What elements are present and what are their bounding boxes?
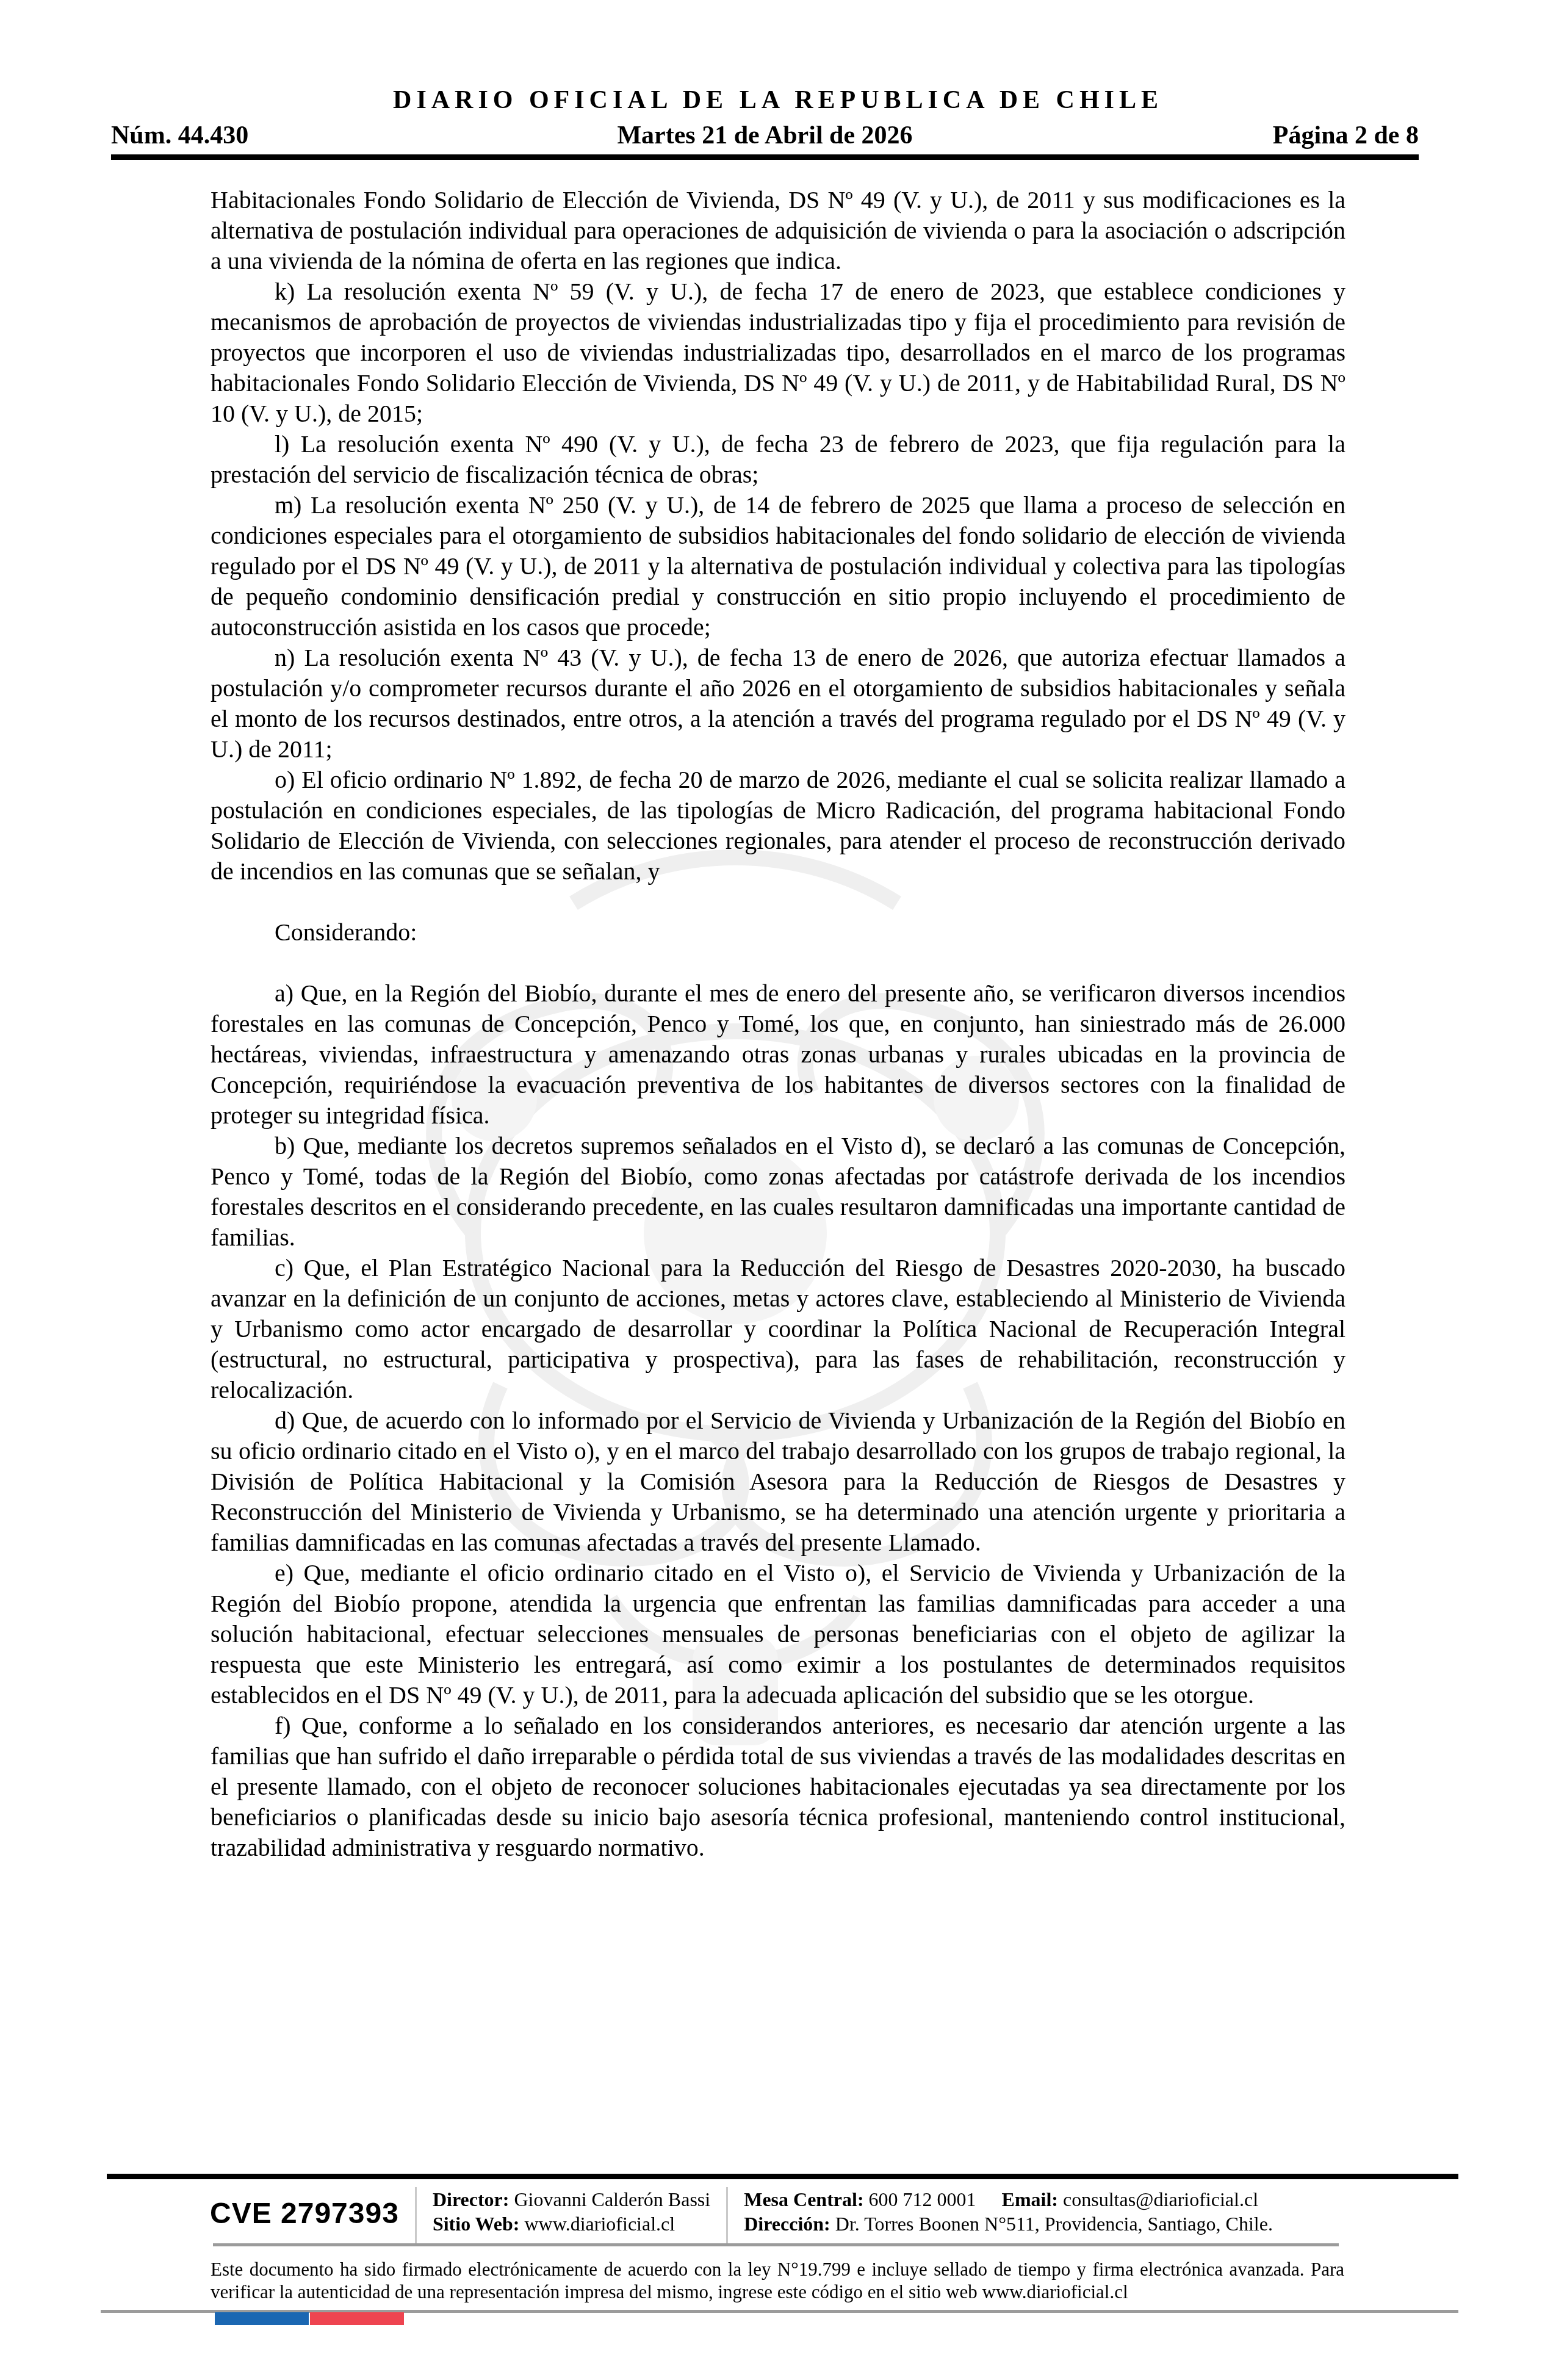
footer-top-rule (107, 2174, 1458, 2179)
sitio-web-line: Sitio Web: www.diarioficial.cl (433, 2212, 710, 2236)
director-value: Giovanni Calderón Bassi (514, 2188, 710, 2210)
email-label: Email: (1002, 2188, 1058, 2210)
paragraph-considerando-a: a) Que, en la Región del Biobío, durante… (211, 978, 1345, 1131)
paragraph-visto-n: n) La resolución exenta Nº 43 (V. y U.),… (211, 643, 1345, 765)
footer-divider (726, 2187, 728, 2243)
paragraph-considerando-e: e) Que, mediante el oficio ordinario cit… (211, 1558, 1345, 1711)
sitio-web-value: www.diarioficial.cl (524, 2213, 675, 2235)
direccion-value: Dr. Torres Boonen N°511, Providencia, Sa… (835, 2213, 1273, 2235)
footer-divider (415, 2187, 417, 2243)
mesa-central-label: Mesa Central: (744, 2188, 863, 2210)
email-value: consultas@diarioficial.cl (1063, 2188, 1258, 2210)
header-meta-row: Núm. 44.430 Martes 21 de Abril de 2026 P… (111, 121, 1419, 150)
direccion-label: Dirección: (744, 2213, 830, 2235)
paragraph-considerando-f: f) Que, conforme a lo señalado en los co… (211, 1711, 1345, 1863)
direccion-line: Dirección: Dr. Torres Boonen N°511, Prov… (744, 2212, 1273, 2236)
mesa-central-line: Mesa Central: 600 712 0001 Email: consul… (744, 2187, 1273, 2212)
paragraph-continuation: Habitacionales Fondo Solidario de Elecci… (211, 185, 1345, 276)
sitio-web-label: Sitio Web: (433, 2213, 520, 2235)
mesa-central-value: 600 712 0001 (869, 2188, 976, 2210)
footer-info-bar: CVE 2797393 Director: Giovanni Calderón … (210, 2187, 1273, 2243)
cve-code: CVE 2797393 (210, 2197, 399, 2230)
edition-date: Martes 21 de Abril de 2026 (111, 121, 1419, 150)
director-line: Director: Giovanni Calderón Bassi (433, 2187, 710, 2212)
paragraph-visto-k: k) La resolución exenta Nº 59 (V. y U.),… (211, 276, 1345, 429)
signature-disclaimer: Este documento ha sido firmado electróni… (211, 2258, 1344, 2303)
flag-blue-block (215, 2312, 309, 2325)
chile-flag-mark (215, 2312, 404, 2325)
paragraph-visto-l: l) La resolución exenta Nº 490 (V. y U.)… (211, 429, 1345, 490)
paragraph-considerando-b: b) Que, mediante los decretos supremos s… (211, 1131, 1345, 1253)
footer-middle-rule (213, 2243, 1339, 2246)
document-body: Habitacionales Fondo Solidario de Elecci… (211, 185, 1345, 1863)
document-page: DIARIO OFICIAL DE LA REPUBLICA DE CHILE … (0, 0, 1556, 2380)
paragraph-considerando-c: c) Que, el Plan Estratégico Nacional par… (211, 1253, 1345, 1405)
paragraph-visto-m: m) La resolución exenta Nº 250 (V. y U.)… (211, 490, 1345, 643)
footer-director-column: Director: Giovanni Calderón Bassi Sitio … (433, 2187, 710, 2236)
director-label: Director: (433, 2188, 510, 2210)
header-rule (111, 154, 1419, 160)
footer-contact-column: Mesa Central: 600 712 0001 Email: consul… (744, 2187, 1273, 2236)
paragraph-considerando-d: d) Que, de acuerdo con lo informado por … (211, 1405, 1345, 1558)
page-indicator: Página 2 de 8 (1273, 121, 1419, 150)
flag-red-block (310, 2312, 404, 2325)
considerando-heading: Considerando: (211, 917, 1345, 948)
newspaper-title: DIARIO OFICIAL DE LA REPUBLICA DE CHILE (0, 85, 1556, 115)
paragraph-visto-o: o) El oficio ordinario Nº 1.892, de fech… (211, 765, 1345, 887)
